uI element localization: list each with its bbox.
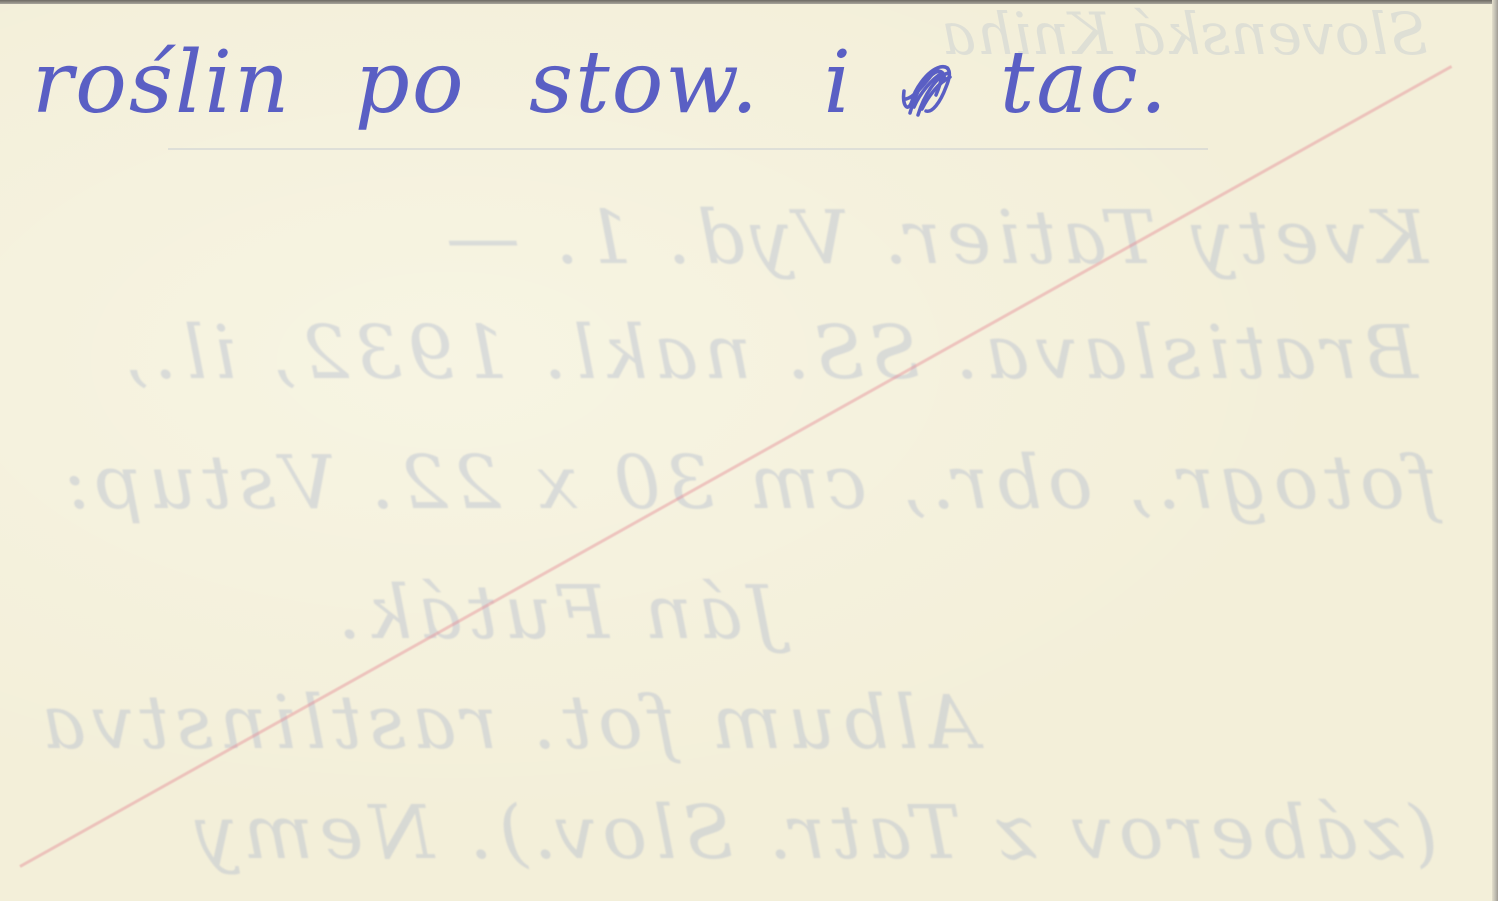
ink-word: roślin [32,40,291,126]
ghost-line: Bratislava. SS. nakl. 1932, il., [118,310,1418,396]
scan-top-border [0,0,1498,4]
ghost-line: (záberov z Tatr. Slov.). Nemy [189,790,1438,876]
scanned-card: Slovenská Kniha Kvety Tatier. Vyd. 1. — … [0,0,1498,901]
handwritten-note: roślin po stow. i tac. [32,40,1203,126]
ink-word: i [824,40,854,126]
red-diagonal-line [19,65,1452,868]
ghost-line: Kvety Tatier. Vyd. 1. — [440,195,1428,281]
ghost-line: Album fot. rastlinstva [36,680,978,766]
ghost-line: Ján Futák. [332,570,778,656]
scan-right-edge [1492,0,1498,901]
ink-word: tac. [1000,40,1169,126]
ink-word: po [355,40,466,126]
show-through-text: Slovenská Kniha Kvety Tatier. Vyd. 1. — … [0,0,1498,901]
ghost-line: fotogr., obr., cm 30 x 22. Vstup: [58,440,1438,526]
crossed-out-scribble-icon [896,49,956,119]
ghost-rule [168,148,1208,150]
ink-word: stow. [529,40,760,126]
